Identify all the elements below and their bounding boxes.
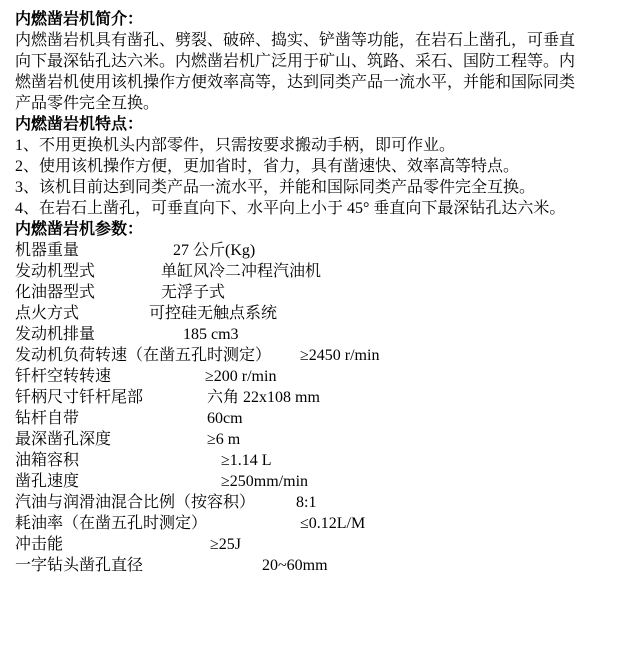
spec-label: 发动机排量	[15, 324, 95, 345]
spec-row: 化油器型式 无浮子式	[15, 282, 620, 303]
spec-label: 钎杆空转转速	[15, 366, 111, 387]
spec-label: 最深凿孔深度	[15, 429, 111, 450]
spec-row: 发动机型式 单缸风冷二冲程汽油机	[15, 261, 620, 282]
spec-label: 凿孔速度	[15, 471, 79, 492]
feature-item: 3、该机目前达到同类产品一流水平，并能和国际同类产品零件完全互换。	[15, 177, 620, 198]
spec-value: 单缸风冷二冲程汽油机	[161, 261, 321, 282]
spec-row: 耗油率（在凿五孔时测定） ≤0.12L/M	[15, 513, 620, 534]
spec-label: 耗油率（在凿五孔时测定）	[15, 513, 207, 534]
spec-value: 六角 22x108 mm	[207, 387, 320, 408]
spec-value: ≥1.14 L	[221, 450, 272, 471]
spec-label: 发动机负荷转速（在凿五孔时测定）	[15, 345, 271, 366]
spec-label: 油箱容积	[15, 450, 79, 471]
spec-row: 钎杆空转转速 ≥200 r/min	[15, 366, 620, 387]
intro-paragraph-line: 产品零件完全互换。	[15, 93, 620, 114]
spec-value: 8:1	[296, 492, 316, 513]
spec-label: 化油器型式	[15, 282, 95, 303]
intro-heading: 内燃凿岩机简介：	[15, 9, 620, 30]
spec-row: 发动机排量 185 cm3	[15, 324, 620, 345]
spec-document: 内燃凿岩机简介： 内燃凿岩机具有凿孔、劈裂、破碎、捣实、铲凿等功能，在岩石上凿孔…	[0, 0, 630, 658]
spec-value: ≤0.12L/M	[300, 513, 365, 534]
spec-label: 机器重量	[15, 240, 79, 261]
spec-label: 钻杆自带	[15, 408, 79, 429]
spec-label: 冲击能	[15, 534, 63, 555]
spec-row: 发动机负荷转速（在凿五孔时测定） ≥2450 r/min	[15, 345, 620, 366]
spec-value: 185 cm3	[183, 324, 239, 345]
spec-value: ≥6 m	[207, 429, 240, 450]
specs-heading: 内燃凿岩机参数：	[15, 219, 620, 240]
spec-label: 钎柄尺寸钎杆尾部	[15, 387, 143, 408]
spec-row: 一字钻头凿孔直径 20~60mm	[15, 555, 620, 576]
spec-row: 冲击能 ≥25J	[15, 534, 620, 555]
intro-paragraph-line: 内燃凿岩机具有凿孔、劈裂、破碎、捣实、铲凿等功能，在岩石上凿孔，可垂直	[15, 30, 620, 51]
spec-row: 最深凿孔深度 ≥6 m	[15, 429, 620, 450]
spec-value: 60cm	[207, 408, 243, 429]
spec-label: 汽油与润滑油混合比例（按容积）	[15, 492, 255, 513]
intro-paragraph-line: 向下最深钻孔达六米。内燃凿岩机广泛用于矿山、筑路、采石、国防工程等。内	[15, 51, 620, 72]
spec-value: ≥2450 r/min	[300, 345, 379, 366]
spec-row: 机器重量 27 公斤(Kg)	[15, 240, 620, 261]
feature-item: 4、在岩石上凿孔，可垂直向下、水平向上小于 45° 垂直向下最深钻孔达六米。	[15, 198, 620, 219]
spec-row: 钻杆自带 60cm	[15, 408, 620, 429]
spec-value: ≥200 r/min	[205, 366, 276, 387]
feature-item: 1、不用更换机头内部零件，只需按要求搬动手柄，即可作业。	[15, 135, 620, 156]
spec-row: 汽油与润滑油混合比例（按容积） 8:1	[15, 492, 620, 513]
feature-item: 2、使用该机操作方便，更加省时，省力，具有凿速快、效率高等特点。	[15, 156, 620, 177]
spec-value: 27 公斤(Kg)	[173, 240, 255, 261]
spec-value: 无浮子式	[161, 282, 225, 303]
spec-row: 钎柄尺寸钎杆尾部 六角 22x108 mm	[15, 387, 620, 408]
spec-label: 点火方式	[15, 303, 79, 324]
spec-row: 凿孔速度 ≥250mm/min	[15, 471, 620, 492]
features-heading: 内燃凿岩机特点：	[15, 114, 620, 135]
spec-value: ≥25J	[210, 534, 241, 555]
intro-paragraph-line: 燃凿岩机使用该机操作方便效率高等，达到同类产品一流水平，并能和国际同类	[15, 72, 620, 93]
spec-row: 点火方式 可控硅无触点系统	[15, 303, 620, 324]
spec-value: 20~60mm	[262, 555, 328, 576]
spec-label: 一字钻头凿孔直径	[15, 555, 143, 576]
spec-label: 发动机型式	[15, 261, 95, 282]
spec-row: 油箱容积 ≥1.14 L	[15, 450, 620, 471]
spec-value: 可控硅无触点系统	[149, 303, 277, 324]
spec-value: ≥250mm/min	[221, 471, 308, 492]
